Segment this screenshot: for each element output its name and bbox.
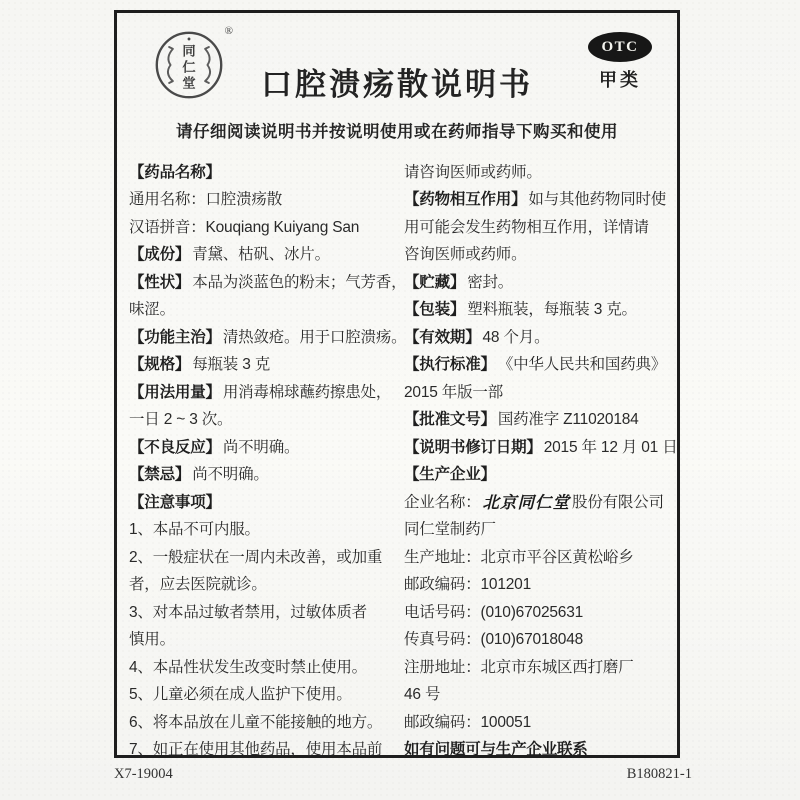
line-text: 股份有限公司 bbox=[572, 490, 664, 512]
line-text: 用消毒棉球蘸药擦患处， bbox=[223, 380, 391, 402]
text-line: 慎用。 bbox=[129, 625, 394, 653]
text-line: 【生产企业】 bbox=[404, 460, 669, 488]
text-line: 汉语拼音：Kouqiang Kuiyang San bbox=[129, 212, 394, 240]
line-text: 用可能会发生药物相互作用，详情请 bbox=[404, 215, 649, 237]
text-line: 2、一般症状在一周内未改善，或加重 bbox=[129, 542, 394, 570]
section-label: 如有问题可与生产企业联系 bbox=[404, 737, 588, 759]
section-label: 【批准文号】 bbox=[404, 407, 496, 429]
line-text: 请咨询医师或药师。 bbox=[404, 160, 542, 182]
line-text: 每瓶装 3 克 bbox=[192, 352, 270, 374]
line-text: 电话号码：(010)67025631 bbox=[404, 600, 583, 622]
text-line: 【用法用量】用消毒棉球蘸药擦患处， bbox=[129, 377, 394, 405]
left-column: 【药品名称】通用名称：口腔溃疡散汉语拼音：Kouqiang Kuiyang Sa… bbox=[129, 157, 394, 762]
line-text: 尚不明确。 bbox=[192, 462, 269, 484]
line-text: 尚不明确。 bbox=[223, 435, 300, 457]
text-line: 【执行标准】《中华人民共和国药典》 bbox=[404, 350, 669, 378]
brand-name: 北京同仁堂 bbox=[483, 489, 571, 513]
line-text: 传真号码：(010)67018048 bbox=[404, 627, 583, 649]
tongrentang-logo-icon: 同 仁 堂 bbox=[153, 29, 225, 101]
section-label: 【生产企业】 bbox=[404, 462, 496, 484]
text-line: 者，应去医院就诊。 bbox=[129, 570, 394, 598]
section-label: 【包装】 bbox=[404, 297, 465, 319]
line-text: 7、如正在使用其他药品，使用本品前 bbox=[129, 737, 382, 759]
text-line: 请咨询医师或药师。 bbox=[404, 157, 669, 185]
section-label: 【药品名称】 bbox=[129, 160, 221, 182]
text-line: 企业名称：北京同仁堂股份有限公司 bbox=[404, 487, 669, 515]
section-label: 【执行标准】 bbox=[404, 352, 496, 374]
text-line: 【禁忌】尚不明确。 bbox=[129, 460, 394, 488]
right-column: 请咨询医师或药师。【药物相互作用】如与其他药物同时使用可能会发生药物相互作用，详… bbox=[404, 157, 669, 762]
text-line: 【注意事项】 bbox=[129, 487, 394, 515]
line-text: 通用名称：口腔溃疡散 bbox=[129, 187, 282, 209]
line-text: 咨询医师或药师。 bbox=[404, 242, 526, 264]
svg-text:堂: 堂 bbox=[182, 75, 196, 91]
line-text: 1、本品不可内服。 bbox=[129, 517, 260, 539]
line-text: 清热敛疮。用于口腔溃疡。 bbox=[223, 325, 407, 347]
text-line: 用可能会发生药物相互作用，详情请 bbox=[404, 212, 669, 240]
line-text: 如与其他药物同时使 bbox=[528, 187, 666, 209]
line-text: 注册地址：北京市东城区西打磨厂 bbox=[404, 655, 634, 677]
text-line: 如有问题可与生产企业联系 bbox=[404, 735, 669, 763]
print-code-right: B180821-1 bbox=[627, 766, 692, 783]
text-line: 6、将本品放在儿童不能接触的地方。 bbox=[129, 707, 394, 735]
text-line: 【有效期】48 个月。 bbox=[404, 322, 669, 350]
tongrentang-logo: 同 仁 堂 ® bbox=[153, 29, 231, 107]
section-label: 【用法用量】 bbox=[129, 380, 221, 402]
text-line: 1、本品不可内服。 bbox=[129, 515, 394, 543]
line-text: 2015 年 12 月 01 日 bbox=[544, 435, 678, 457]
text-line: 一日 2 ~ 3 次。 bbox=[129, 405, 394, 433]
scanned-leaflet: 同 仁 堂 ® 口腔溃疡散说明书 OTC 甲类 请仔细阅读说明书并按说明使用或在… bbox=[0, 0, 800, 800]
section-label: 【成份】 bbox=[129, 242, 190, 264]
line-text: 者，应去医院就诊。 bbox=[129, 572, 267, 594]
leaflet-frame: 同 仁 堂 ® 口腔溃疡散说明书 OTC 甲类 请仔细阅读说明书并按说明使用或在… bbox=[114, 10, 680, 758]
line-text: 2、一般症状在一周内未改善，或加重 bbox=[129, 545, 382, 567]
text-line: 生产地址：北京市平谷区黄松峪乡 bbox=[404, 542, 669, 570]
line-text: 4、本品性状发生改变时禁止使用。 bbox=[129, 655, 367, 677]
text-line: 【说明书修订日期】2015 年 12 月 01 日 bbox=[404, 432, 669, 460]
line-text: 6、将本品放在儿童不能接触的地方。 bbox=[129, 710, 382, 732]
section-label: 【规格】 bbox=[129, 352, 190, 374]
svg-text:同: 同 bbox=[182, 44, 195, 59]
section-label: 【说明书修订日期】 bbox=[404, 435, 542, 457]
usage-notice: 请仔细阅读说明书并按说明使用或在药师指导下购买和使用 bbox=[117, 118, 677, 142]
text-line: 味涩。 bbox=[129, 295, 394, 323]
line-text: 《中华人民共和国药典》 bbox=[498, 352, 666, 374]
line-text: 企业名称： bbox=[404, 490, 481, 512]
line-text: 5、儿童必须在成人监护下使用。 bbox=[129, 682, 352, 704]
text-line: 通用名称：口腔溃疡散 bbox=[129, 185, 394, 213]
otc-label: OTC bbox=[601, 39, 638, 56]
text-line: 注册地址：北京市东城区西打磨厂 bbox=[404, 652, 669, 680]
line-text: 生产地址：北京市平谷区黄松峪乡 bbox=[404, 545, 634, 567]
line-text: 密封。 bbox=[467, 270, 513, 292]
section-label: 【贮藏】 bbox=[404, 270, 465, 292]
line-text: 邮政编码：100051 bbox=[404, 710, 531, 732]
text-line: 【包装】塑料瓶装，每瓶装 3 克。 bbox=[404, 295, 669, 323]
section-label: 【性状】 bbox=[129, 270, 190, 292]
text-line: 【药物相互作用】如与其他药物同时使 bbox=[404, 185, 669, 213]
otc-category-label: 甲类 bbox=[589, 66, 651, 92]
line-text: 汉语拼音：Kouqiang Kuiyang San bbox=[129, 215, 359, 237]
otc-oval-icon: OTC bbox=[589, 33, 651, 61]
line-text: 48 个月。 bbox=[483, 325, 550, 347]
line-text: 同仁堂制药厂 bbox=[404, 517, 496, 539]
leaflet-header: 同 仁 堂 ® 口腔溃疡散说明书 OTC 甲类 bbox=[117, 13, 677, 111]
text-line: 【功能主治】清热敛疮。用于口腔溃疡。 bbox=[129, 322, 394, 350]
footer-codes: X7-19004 B180821-1 bbox=[114, 766, 692, 783]
section-label: 【功能主治】 bbox=[129, 325, 221, 347]
text-line: 咨询医师或药师。 bbox=[404, 240, 669, 268]
text-line: 【贮藏】密封。 bbox=[404, 267, 669, 295]
text-line: 5、儿童必须在成人监护下使用。 bbox=[129, 680, 394, 708]
print-code-left: X7-19004 bbox=[114, 766, 173, 783]
text-line: 邮政编码：100051 bbox=[404, 707, 669, 735]
otc-badge: OTC 甲类 bbox=[589, 33, 651, 92]
section-label: 【有效期】 bbox=[404, 325, 481, 347]
text-line: 传真号码：(010)67018048 bbox=[404, 625, 669, 653]
text-line: 4、本品性状发生改变时禁止使用。 bbox=[129, 652, 394, 680]
line-text: 本品为淡蓝色的粉末；气芳香， bbox=[192, 270, 406, 292]
svg-text:仁: 仁 bbox=[182, 59, 196, 75]
text-line: 7、如正在使用其他药品，使用本品前 bbox=[129, 735, 394, 763]
line-text: 2015 年版一部 bbox=[404, 380, 503, 402]
section-label: 【注意事项】 bbox=[129, 490, 221, 512]
text-line: 电话号码：(010)67025631 bbox=[404, 597, 669, 625]
text-line: 邮政编码：101201 bbox=[404, 570, 669, 598]
line-text: 3、对本品过敏者禁用，过敏体质者 bbox=[129, 600, 367, 622]
text-line: 2015 年版一部 bbox=[404, 377, 669, 405]
text-line: 【批准文号】国药准字 Z11020184 bbox=[404, 405, 669, 433]
leaflet-body: 【药品名称】通用名称：口腔溃疡散汉语拼音：Kouqiang Kuiyang Sa… bbox=[117, 157, 677, 762]
line-text: 46 号 bbox=[404, 682, 440, 704]
section-label: 【药物相互作用】 bbox=[404, 187, 526, 209]
text-line: 【不良反应】尚不明确。 bbox=[129, 432, 394, 460]
line-text: 国药准字 Z11020184 bbox=[498, 407, 639, 429]
text-line: 【规格】每瓶装 3 克 bbox=[129, 350, 394, 378]
text-line: 3、对本品过敏者禁用，过敏体质者 bbox=[129, 597, 394, 625]
text-line: 【成份】青黛、枯矾、冰片。 bbox=[129, 240, 394, 268]
section-label: 【禁忌】 bbox=[129, 462, 190, 484]
registered-trademark-mark: ® bbox=[225, 25, 233, 37]
text-line: 同仁堂制药厂 bbox=[404, 515, 669, 543]
line-text: 塑料瓶装，每瓶装 3 克。 bbox=[467, 297, 637, 319]
text-line: 46 号 bbox=[404, 680, 669, 708]
text-line: 【药品名称】 bbox=[129, 157, 394, 185]
line-text: 一日 2 ~ 3 次。 bbox=[129, 407, 232, 429]
line-text: 邮政编码：101201 bbox=[404, 572, 531, 594]
line-text: 慎用。 bbox=[129, 627, 175, 649]
section-label: 【不良反应】 bbox=[129, 435, 221, 457]
text-line: 【性状】本品为淡蓝色的粉末；气芳香， bbox=[129, 267, 394, 295]
line-text: 青黛、枯矾、冰片。 bbox=[192, 242, 330, 264]
line-text: 味涩。 bbox=[129, 297, 175, 319]
